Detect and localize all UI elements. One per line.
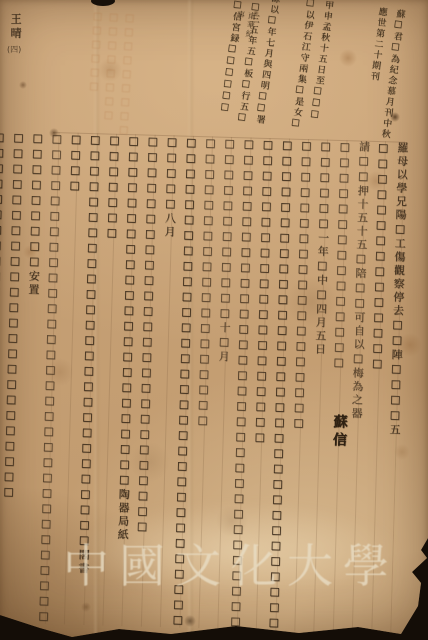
photo-background: □□□□□□□□□□□□□□□□□□□□□□□ 王晴 (四) 南華紀事 蘇□君□… xyxy=(0,0,428,640)
document-page: □□□□□□□□□□□□□□□□□□□□□□□ 王晴 (四) 南華紀事 蘇□君□… xyxy=(0,0,428,640)
paper-stains xyxy=(0,0,428,640)
